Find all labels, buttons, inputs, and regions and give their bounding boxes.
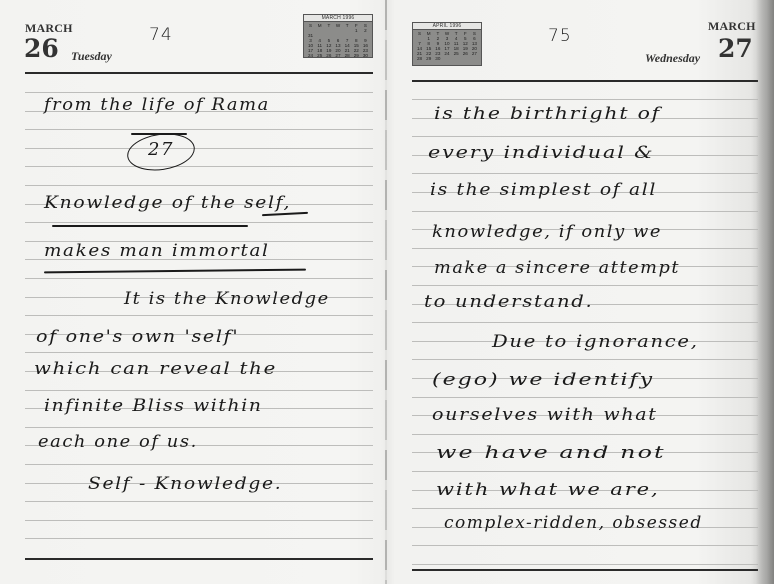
calendar-date: 29 bbox=[352, 53, 361, 58]
ruled-line bbox=[25, 427, 373, 428]
ruled-line bbox=[25, 390, 373, 391]
ruled-line bbox=[412, 564, 758, 565]
ruled-line bbox=[412, 471, 758, 472]
left-weekday: Tuesday bbox=[71, 49, 112, 64]
left-page-number: 74 bbox=[149, 25, 173, 45]
calendar-date: 28 bbox=[343, 53, 352, 58]
ruled-line bbox=[412, 248, 758, 249]
right-weekday: Wednesday bbox=[645, 51, 700, 66]
footer-rule bbox=[25, 558, 373, 560]
handwritten-line: It is the Knowledge bbox=[124, 289, 330, 309]
handwritten-line: to understand. bbox=[424, 292, 593, 312]
handwritten-number: 27 bbox=[148, 139, 174, 160]
ruled-line bbox=[25, 92, 373, 93]
calendar-date: 30 bbox=[361, 53, 370, 58]
ruled-line bbox=[25, 278, 373, 279]
ruled-line bbox=[412, 173, 758, 174]
calendar-date bbox=[442, 56, 451, 61]
handwritten-line: knowledge, if only we bbox=[432, 222, 662, 242]
left-page: MARCH 26 Tuesday 74 MARCH 1996 SMTWTFS12… bbox=[0, 0, 385, 584]
ruled-line bbox=[25, 166, 373, 167]
handwritten-line: Self - Knowledge. bbox=[88, 474, 282, 494]
ruled-line bbox=[25, 185, 373, 186]
ruled-line bbox=[412, 545, 758, 546]
ruled-line bbox=[25, 129, 373, 130]
handwritten-line: makes man immortal bbox=[44, 241, 270, 261]
mini-calendar-april: APRIL 1996 SMTWTFS1234567891011121314151… bbox=[412, 22, 482, 66]
ruled-line bbox=[412, 211, 758, 212]
handwritten-line: make a sincere attempt bbox=[434, 258, 680, 278]
header-rule bbox=[25, 72, 373, 74]
ink-underline bbox=[44, 269, 306, 273]
ruled-line bbox=[25, 464, 373, 465]
ruled-line bbox=[412, 508, 758, 509]
mini-calendar-title: APRIL 1996 bbox=[413, 23, 481, 30]
handwritten-line: which can reveal the bbox=[34, 359, 277, 379]
ruled-line bbox=[25, 520, 373, 521]
diary-spread: MARCH 26 Tuesday 74 MARCH 1996 SMTWTFS12… bbox=[0, 0, 774, 584]
ruled-line bbox=[412, 359, 758, 360]
calendar-date: 27 bbox=[333, 53, 342, 58]
ruled-line bbox=[412, 99, 758, 100]
handwritten-line: Due to ignorance, bbox=[492, 332, 699, 352]
left-day-number: 26 bbox=[24, 36, 59, 61]
handwritten-line: is the simplest of all bbox=[430, 180, 657, 200]
right-page: APRIL 1996 SMTWTFS1234567891011121314151… bbox=[388, 0, 774, 584]
book-spine bbox=[385, 0, 387, 584]
calendar-date: 25 bbox=[315, 53, 324, 58]
calendar-date: 30 bbox=[433, 56, 442, 61]
right-day-number: 27 bbox=[718, 36, 753, 61]
handwritten-line: of one's own 'self' bbox=[36, 327, 239, 347]
footer-rule bbox=[412, 569, 758, 571]
calendar-date bbox=[470, 56, 479, 61]
handwritten-line: we have and not bbox=[436, 443, 666, 463]
ruled-line bbox=[412, 397, 758, 398]
mini-calendar-title: MARCH 1996 bbox=[304, 15, 372, 22]
ruled-line bbox=[25, 222, 373, 223]
handwritten-line: every individual & bbox=[428, 143, 654, 163]
header-rule bbox=[412, 80, 758, 82]
calendar-date bbox=[452, 56, 461, 61]
ruled-line bbox=[25, 352, 373, 353]
mini-calendar-march: MARCH 1996 SMTWTFS1231345678910111213141… bbox=[303, 14, 373, 58]
handwritten-line: Knowledge of the self, bbox=[44, 193, 291, 213]
ruled-line bbox=[412, 136, 758, 137]
ruled-line bbox=[412, 285, 758, 286]
ruled-line bbox=[412, 434, 758, 435]
calendar-date bbox=[461, 56, 470, 61]
calendar-date: 26 bbox=[324, 53, 333, 58]
handwritten-line: with what we are, bbox=[436, 480, 660, 500]
calendar-date: 29 bbox=[424, 56, 433, 61]
handwritten-line: is the birthright of bbox=[434, 104, 661, 124]
ruled-line bbox=[25, 315, 373, 316]
page-edge-shadow bbox=[756, 0, 774, 584]
ruled-line bbox=[25, 148, 373, 149]
mini-calendar-grid: SMTWTFS123134567891011121314151617181920… bbox=[304, 22, 372, 59]
right-month-label: MARCH bbox=[708, 19, 756, 34]
handwritten-line: ourselves with what bbox=[432, 405, 658, 425]
ruled-line bbox=[412, 322, 758, 323]
handwritten-line: complex-ridden, obsessed bbox=[444, 513, 703, 533]
mini-calendar-grid: SMTWTFS123456789101112131415161718192021… bbox=[413, 30, 481, 62]
calendar-date: 24 bbox=[306, 53, 315, 58]
calendar-date: 28 bbox=[415, 56, 424, 61]
handwritten-line: each one of us. bbox=[38, 432, 198, 452]
ruled-line bbox=[25, 538, 373, 539]
handwritten-line: from the life of Rama bbox=[44, 95, 270, 115]
right-page-number: 75 bbox=[548, 26, 572, 46]
handwritten-line: infinite Bliss within bbox=[44, 396, 263, 416]
ruled-line bbox=[25, 501, 373, 502]
handwritten-line: (ego) we identify bbox=[432, 370, 654, 390]
ink-underline bbox=[52, 225, 248, 227]
